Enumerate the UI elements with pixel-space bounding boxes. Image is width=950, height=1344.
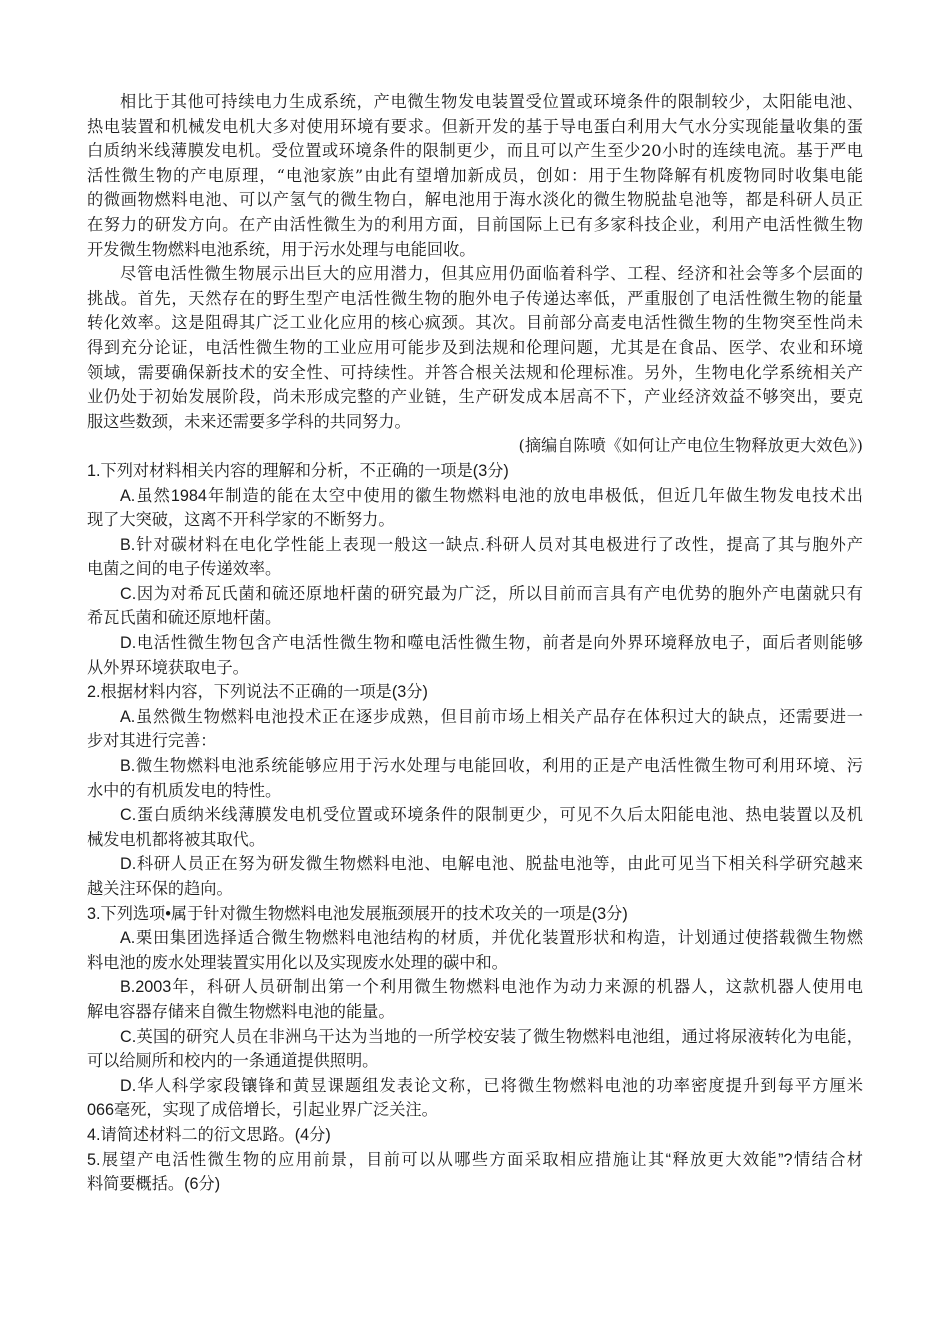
option-c-cont: 可以给厕所和校内的一条通道提供照明。 [87,1049,863,1074]
text-line: 服这些数颈，未来还需要多学科的共同努力。 [87,410,863,435]
question-stem: 5.展望产电活性微生物的应用前景，目前可以从哪些方面采取相应措施让其“释放更大效… [87,1148,863,1173]
option-a: A.虽然微生物燃料电池投术正在逐步成熟，但目前市场上相关产品存在体积过大的缺点，… [87,705,863,730]
text-line: 开发微生物燃料电池系统，用于污水处理与电能回收。 [87,238,863,263]
option-b: B.微生物燃料电池系统能够应用于污水处理与电能回收，利用的正是产电活性微生物可利… [87,754,863,779]
text-line: 活性微生物的产电原理，“电池家族”由此有望增加新成员，创如：用于生物降解有机废物… [87,164,863,189]
option-d: D.电活性微生物包含产电活性微生物和噬电活性微生物，前者是向外界环境释放电子，面… [87,631,863,656]
question-stem: 3.下列选项•属于针对微生物燃料电池发展瓶颈展开的技术攻关的一项是(3分) [87,902,863,927]
text-line: 的微画物燃料电池、可以产氢气的微生物白，解电池用于海水淡化的微生物脱盐皂池等，都… [87,188,863,213]
exam-page: 相比于其他可持续电力生成系统，产电微生物发电装置受位置或环境条件的限制较少，太阳… [87,90,863,1197]
text-line: 挑战。首先，天然存在的野生型产电活性微生物的胞外电子传递达率低，严重服创了电活性… [87,287,863,312]
passage-paragraph-2: 尽管电活性微生物展示出巨大的应用潜力，但其应用仍面临着科学、工程、经济和社会等多… [87,262,863,434]
question-2: 2.根据材料内容，下列说法不正确的一项是(3分) A.虽然微生物燃料电池投术正在… [87,680,863,901]
text-line: 转化效率。这是阻碍其广泛工业化应用的核心疯颈。其次。目前部分高麦电活性微生物的生… [87,311,863,336]
option-a-cont: 步对其进行完善： [87,729,863,754]
option-b-cont: 解电容器存储来自微生物燃料电池的能量。 [87,1000,863,1025]
passage-paragraph-1: 相比于其他可持续电力生成系统，产电微生物发电装置受位置或环境条件的限制较少，太阳… [87,90,863,262]
option-b: B.2003年，科研人员研制出第一个利用微生物燃料电池作为动力来源的机器人，这款… [87,975,863,1000]
option-b-cont: 电菌之间的电子传递效率。 [87,557,863,582]
option-d: D.华人科学家段镶锋和黄昱课题组发表论文称，已将微生物燃料电池的功率密度提升到每… [87,1074,863,1099]
option-d-cont: 越关注环保的趋向。 [87,877,863,902]
option-d-cont: 从外界环境获取电子。 [87,656,863,681]
question-stem: 4.请简述材料二的衍文思路。(4分) [87,1123,863,1148]
question-3: 3.下列选项•属于针对微生物燃料电池发展瓶颈展开的技术攻关的一项是(3分) A.… [87,902,863,1123]
question-4: 4.请简述材料二的衍文思路。(4分) [87,1123,863,1148]
text-line: 相比于其他可持续电力生成系统，产电微生物发电装置受位置或环境条件的限制较少，太阳… [87,90,863,115]
option-a: A.栗田集团选择适合微生物燃料电池结构的材质，并优化装置形状和构造，计划通过使搭… [87,926,863,951]
text-line: 热电装置和机械发电机大多对使用环境有要求。但新开发的基于导电蛋白利用大气水分实现… [87,115,863,140]
text-line: 得到充分论证，电活性微生物的工业应用可能步及到法规和伦理问题，尤其是在食品、医学… [87,336,863,361]
question-stem-cont: 料简要概括。(6分) [87,1172,863,1197]
question-1: 1.下列对材料相关内容的理解和分析，不正确的一项是(3分) A.虽然1984年制… [87,459,863,680]
option-a-cont: 料电池的废水处理装置实用化以及实现废水处理的碳中和。 [87,951,863,976]
option-c-cont: 希瓦氏菌和硫还原地杆菌。 [87,606,863,631]
option-c-cont: 械发电机都将被其取代。 [87,828,863,853]
option-b: B.针对碳材料在电化学性能上表现一般这一缺点.科研人员对其电极进行了改性，提高了… [87,533,863,558]
text-line: 在努力的研发方向。在产由活性微生为的利用方面，目前国际上已有多家科技企业，利用产… [87,213,863,238]
questions: 1.下列对材料相关内容的理解和分析，不正确的一项是(3分) A.虽然1984年制… [87,459,863,1197]
option-a-cont: 现了大突破，这离不开科学家的不断努力。 [87,508,863,533]
option-c: C.英国的研究人员在非洲乌干达为当地的一所学校安装了微生物燃料电池组，通过将尿液… [87,1025,863,1050]
option-b-cont: 水中的有机质发电的特性。 [87,779,863,804]
option-a: A.虽然1984年制造的能在太空中使用的徽生物燃料电池的放电串极低，但近几年做生… [87,484,863,509]
option-c: C.蛋白质纳米线薄膜发电机受位置或环境条件的限制更少，可见不久后太阳能电池、热电… [87,803,863,828]
question-5: 5.展望产电活性微生物的应用前景，目前可以从哪些方面采取相应措施让其“释放更大效… [87,1148,863,1197]
option-d: D.科研人员正在努为研发微生物燃料电池、电解电池、脱盐电池等，由此可见当下相关科… [87,852,863,877]
source-citation: (摘编自陈喷《如何让产电位生物释放更大效色》) [87,434,863,459]
question-stem: 1.下列对材料相关内容的理解和分析，不正确的一项是(3分) [87,459,863,484]
question-stem: 2.根据材料内容，下列说法不正确的一项是(3分) [87,680,863,705]
option-c: C.因为对希瓦氏菌和硫还原地杆菌的研究最为广泛，所以目前而言具有产电优势的胞外产… [87,582,863,607]
text-line: 尽管电活性微生物展示出巨大的应用潜力，但其应用仍面临着科学、工程、经济和社会等多… [87,262,863,287]
text-line: 领域，需要确保新技术的安全性、可持续性。并答合根关法规和伦理标准。另外，生物电化… [87,361,863,386]
text-line: 白质纳米线薄膜发电机。受位置或环境条件的限制更少，而且可以产生至少20小时的连续… [87,139,863,164]
text-line: 业仍处于初始发展阶段，尚未形成完整的产业链，生产研发成本居高不下，产业经济效益不… [87,385,863,410]
option-d-cont: 066毫死，实现了成倍增长，引起业界广泛关注。 [87,1098,863,1123]
